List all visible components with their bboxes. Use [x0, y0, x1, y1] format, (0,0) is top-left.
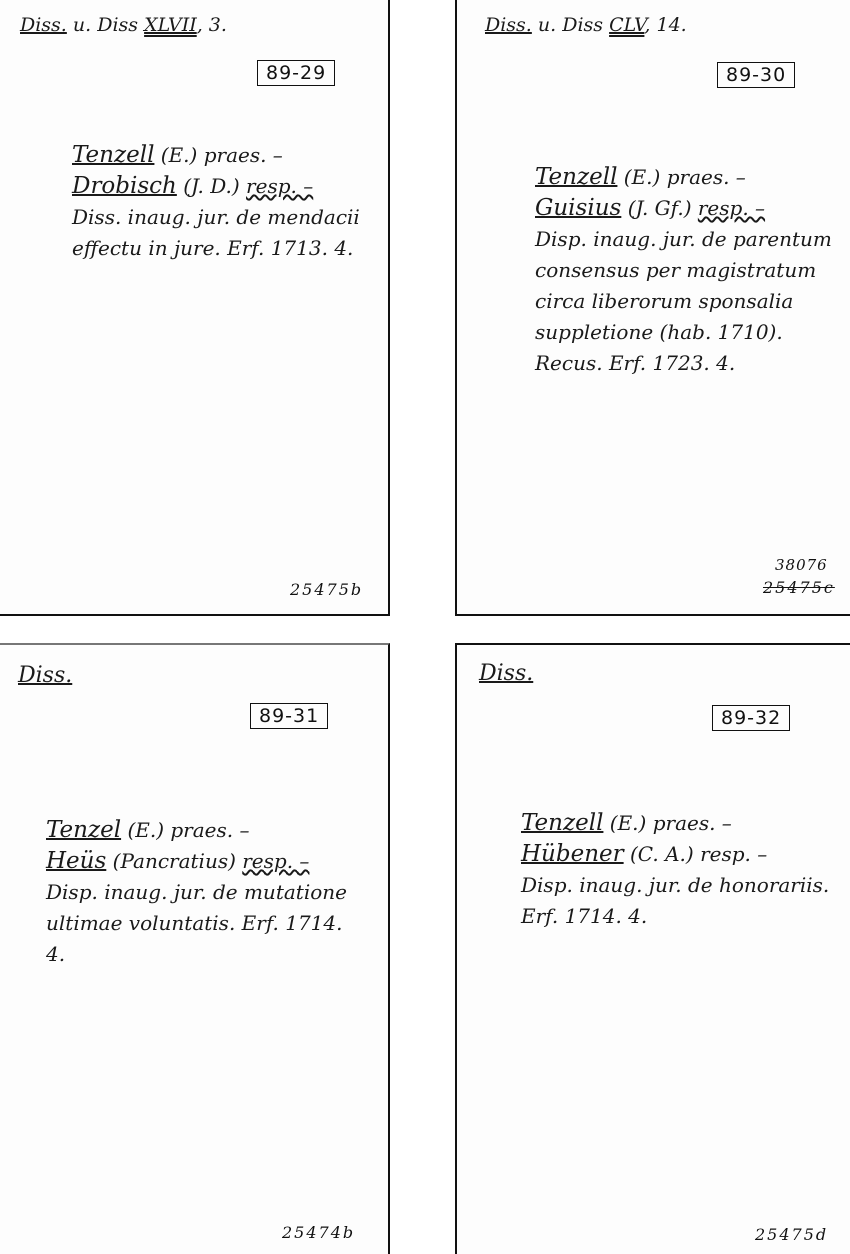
- shelfmark: Diss. u. Diss XLVII, 3.: [20, 14, 227, 36]
- entry-body: Tenzell (E.) praes. – Guisius (J. Gf.) r…: [535, 162, 832, 379]
- entry-body: Tenzel (E.) praes. – Heüs (Pancratius) r…: [46, 815, 347, 970]
- title-line: Diss. inaug. jur. de mendacii: [72, 202, 360, 233]
- shelfmark: Diss.: [479, 661, 533, 686]
- title-line: Erf. 1714. 4.: [521, 901, 829, 932]
- title-line: Disp. inaug. jur. de honorariis.: [521, 870, 829, 901]
- respondent-line: Guisius (J. Gf.) resp. –: [535, 193, 832, 224]
- title-line: circa liberorum sponsalia: [535, 286, 832, 317]
- praeses-line: Tenzell (E.) praes. –: [535, 162, 832, 193]
- new-accession-number: 38076: [775, 556, 828, 574]
- title-line: 4.: [46, 939, 347, 970]
- title-line: suppletione (hab. 1710).: [535, 317, 832, 348]
- accession-number: 25475d: [755, 1225, 828, 1244]
- respondent-line: Hübener (C. A.) resp. –: [521, 839, 829, 870]
- catalog-card-89-31: Diss. 89-31 Tenzel (E.) praes. – Heüs (P…: [0, 643, 390, 1254]
- title-line: Disp. inaug. jur. de parentum: [535, 224, 832, 255]
- respondent-line: Drobisch (J. D.) resp. –: [72, 171, 360, 202]
- accession-number: 25474b: [282, 1223, 355, 1242]
- shelfmark: Diss. u. Diss CLV, 14.: [485, 14, 687, 36]
- call-number: 89-29: [257, 60, 335, 86]
- catalog-card-89-29: Diss. u. Diss XLVII, 3. 89-29 Tenzell (E…: [0, 0, 390, 616]
- entry-body: Tenzell (E.) praes. – Drobisch (J. D.) r…: [72, 140, 360, 264]
- praeses-line: Tenzel (E.) praes. –: [46, 815, 347, 846]
- title-line: ultimae voluntatis. Erf. 1714.: [46, 908, 347, 939]
- shelfmark: Diss.: [18, 663, 72, 688]
- praeses-line: Tenzell (E.) praes. –: [72, 140, 360, 171]
- catalog-card-89-30: Diss. u. Diss CLV, 14. 89-30 Tenzell (E.…: [455, 0, 850, 616]
- title-line: Recus. Erf. 1723. 4.: [535, 348, 832, 379]
- call-number: 89-31: [250, 703, 328, 729]
- respondent-line: Heüs (Pancratius) resp. –: [46, 846, 347, 877]
- title-line: Disp. inaug. jur. de mutatione: [46, 877, 347, 908]
- title-line: consensus per magistratum: [535, 255, 832, 286]
- title-line: effectu in jure. Erf. 1713. 4.: [72, 233, 360, 264]
- accession-number: 25475b: [290, 580, 363, 599]
- struck-accession-number: 25475c: [763, 578, 835, 597]
- catalog-card-89-32: Diss. 89-32 Tenzell (E.) praes. – Hübene…: [455, 643, 850, 1254]
- praeses-line: Tenzell (E.) praes. –: [521, 808, 829, 839]
- entry-body: Tenzell (E.) praes. – Hübener (C. A.) re…: [521, 808, 829, 932]
- call-number: 89-32: [712, 705, 790, 731]
- call-number: 89-30: [717, 62, 795, 88]
